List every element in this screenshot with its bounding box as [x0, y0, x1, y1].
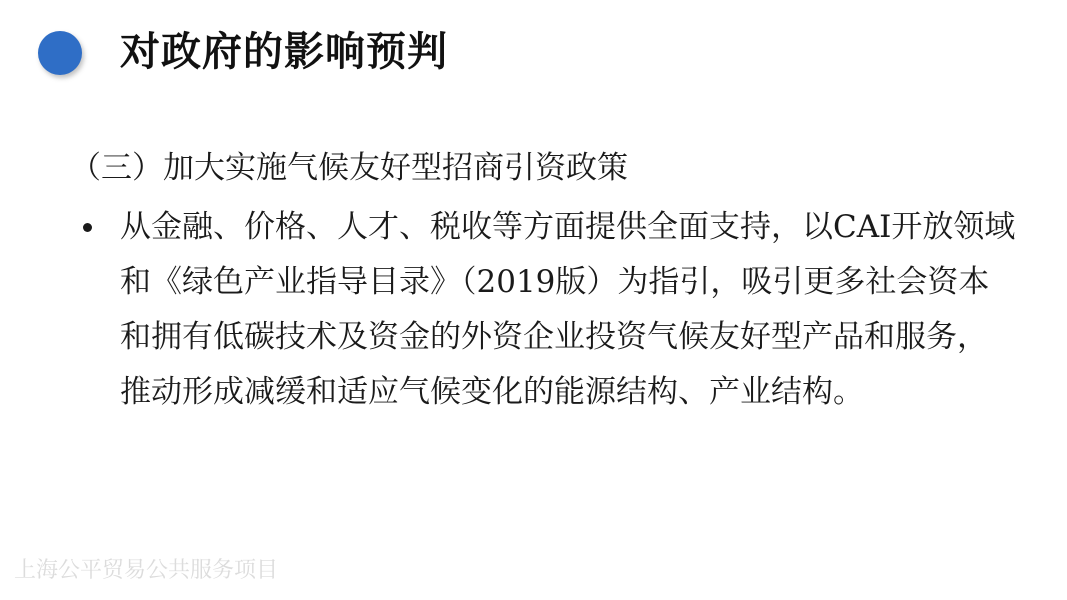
bullet-paragraph: 从金融、价格、人才、税收等方面提供全面支持，以CAI开放领域 和《绿色产业指导目…	[120, 200, 1050, 420]
slide-title: 对政府的影响预判	[120, 26, 448, 78]
presentation-slide: 对政府的影响预判 （三）加大实施气候友好型招商引资政策 从金融、价格、人才、税收…	[0, 0, 1067, 600]
watermark: 上海公平贸易公共服务项目	[14, 556, 278, 586]
blue-circle-icon	[38, 31, 82, 75]
paragraph-line: 和拥有低碳技术及资金的外资企业投资气候友好型产品和服务，	[120, 310, 1050, 365]
paragraph-line: 推动形成减缓和适应气候变化的能源结构、产业结构。	[120, 365, 1050, 420]
section-heading: （三）加大实施气候友好型招商引资政策	[70, 148, 628, 188]
paragraph-line: 从金融、价格、人才、税收等方面提供全面支持，以CAI开放领域	[120, 200, 1050, 255]
paragraph-line: 和《绿色产业指导目录》（2019版）为指引，吸引更多社会资本	[120, 255, 1050, 310]
bullet-dot-icon	[83, 223, 92, 232]
